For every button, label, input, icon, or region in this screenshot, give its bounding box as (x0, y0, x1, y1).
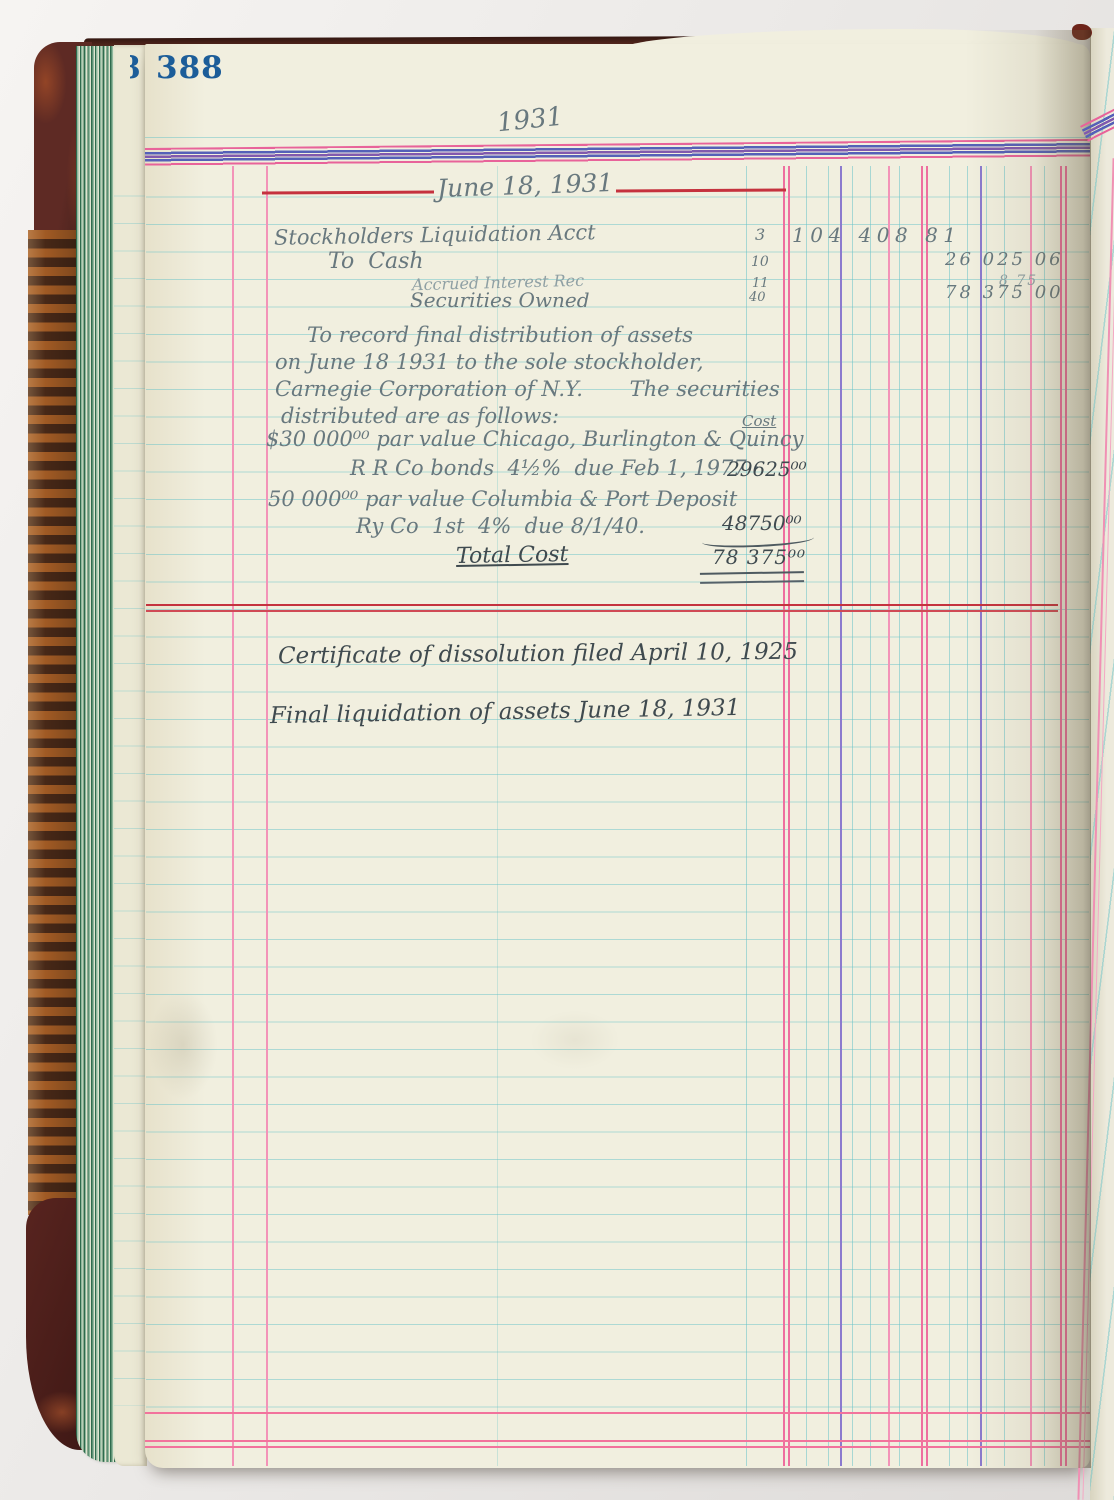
photo-backdrop: 8 388 1931 June 18, 1931 Stockholders Li… (0, 0, 1114, 1500)
vertical-rule (921, 166, 923, 1466)
facing-page (1090, 28, 1114, 1500)
folio-number: 3 (755, 226, 765, 244)
vertical-rule (899, 166, 900, 1466)
footer-rule (145, 1446, 1090, 1448)
cover-corner-top-right (1072, 24, 1092, 40)
vertical-rule (232, 166, 234, 1466)
security-cost: 29625⁰⁰ (727, 458, 807, 480)
paper-stain (148, 990, 218, 1100)
vertical-rule (266, 166, 268, 1466)
vertical-rule (926, 166, 928, 1466)
vertical-rule (788, 166, 790, 1466)
closing-red-rule (146, 610, 1058, 612)
vertical-rule (986, 166, 987, 1466)
vertical-rule (806, 166, 807, 1466)
dissolution-note: Certificate of dissolution filed April 1… (278, 640, 798, 670)
closing-red-rule (146, 604, 1058, 606)
underlying-page-edge (114, 45, 147, 1466)
vertical-rule (1065, 166, 1067, 1466)
narrative-line: on June 18 1931 to the sole stockholder, (275, 351, 704, 374)
folio-number: 40 (749, 291, 766, 305)
vertical-rule (783, 166, 785, 1466)
vertical-rule (1030, 166, 1032, 1466)
vertical-rule (852, 166, 853, 1466)
vertical-rule (828, 166, 829, 1466)
partial-page-number: 8 (130, 50, 140, 86)
debit-amount: 104 408 81 (792, 224, 962, 246)
credit-amount: 26 025 06 (945, 250, 1064, 270)
page-number: 388 (156, 50, 224, 86)
entry-date: June 18, 1931 (437, 169, 614, 203)
narrative-line: To record final distribution of assets (307, 324, 693, 347)
security-line: R R Co bonds 4½% due Feb 1, 1977 · (350, 457, 760, 480)
vertical-rule (949, 166, 950, 1466)
vertical-rule (746, 166, 747, 1466)
horizontal-rule (145, 137, 1090, 138)
vertical-rule (888, 166, 890, 1466)
narrative-line: Carnegie Corporation of N.Y. The securit… (275, 378, 780, 401)
footer-rule (145, 1412, 1090, 1414)
paper-stain (530, 1010, 620, 1070)
vertical-rule (1044, 166, 1045, 1466)
credit-amount: 78 375 00 (945, 283, 1064, 303)
entry-credit-account: Securities Owned (410, 289, 590, 311)
vertical-rule (980, 166, 982, 1466)
folio-number: 10 (751, 255, 769, 270)
security-line: $30 000⁰⁰ par value Chicago, Burlington … (266, 428, 803, 451)
double-underline (700, 571, 804, 584)
page-edges-stack (76, 46, 116, 1462)
vertical-rule (870, 166, 871, 1466)
underlying-page-rules (114, 169, 147, 1406)
security-line: 50 000⁰⁰ par value Columbia & Port Depos… (268, 488, 737, 511)
total-cost-amount: 78 375⁰⁰ (712, 546, 806, 568)
footer-rule (145, 1440, 1090, 1442)
entry-credit-account: To Cash (328, 250, 424, 274)
security-cost: 48750⁰⁰ (722, 512, 802, 534)
security-line: Ry Co 1st 4% due 8/1/40. (356, 515, 645, 538)
vertical-rule (840, 166, 842, 1466)
vertical-rule (967, 166, 968, 1466)
vertical-rule (1060, 166, 1062, 1466)
total-cost-label: Total Cost (456, 543, 569, 569)
vertical-rule (1004, 166, 1005, 1466)
narrative-line: distributed are as follows: (281, 405, 559, 428)
